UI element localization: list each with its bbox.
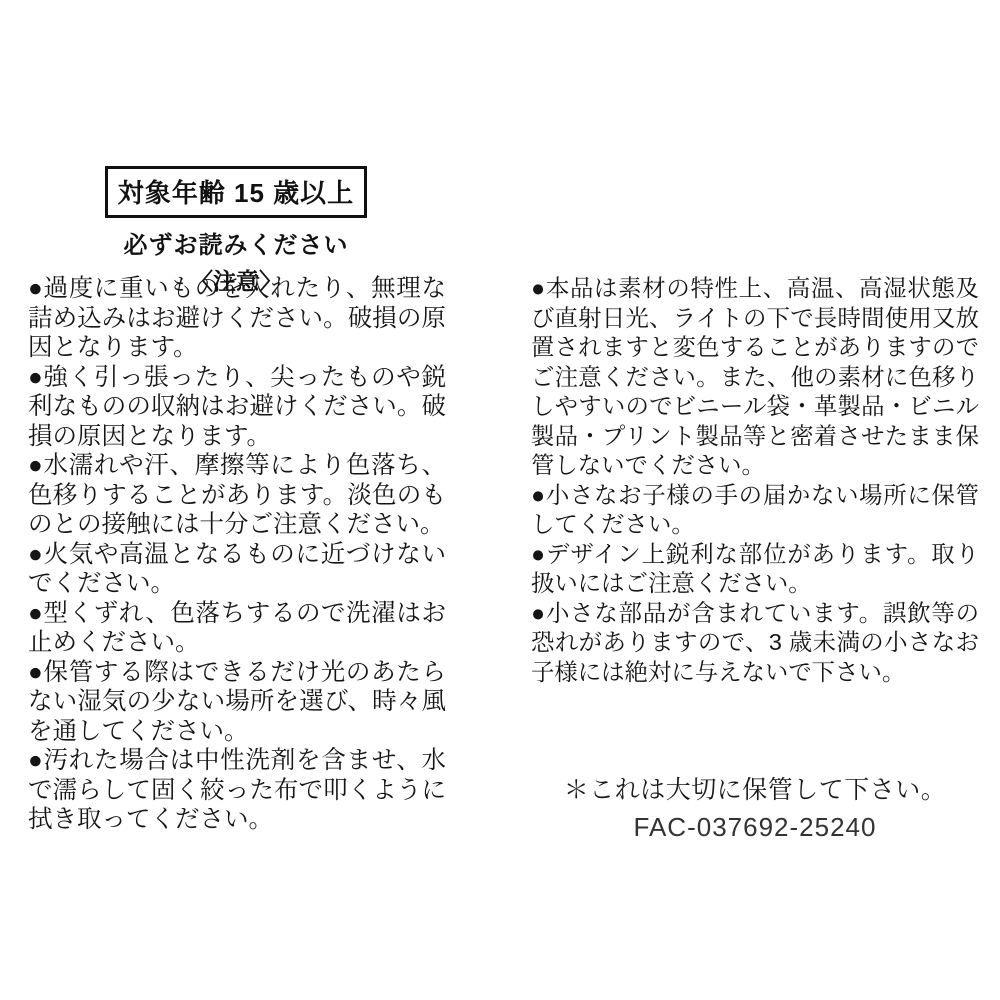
caution-item: ●デザイン上鋭利な部位があります。取り扱いにはご注意ください。 — [531, 540, 979, 599]
label-footer: ＊これは大切に保管して下さい。 FAC-037692-25240 — [531, 770, 979, 843]
caution-label-sheet: 対象年齢 15 歳以上 必ずお読みください 〈注意〉 ●過度に重いものを入れたり… — [0, 0, 1000, 1000]
product-code: FAC-037692-25240 — [531, 812, 979, 843]
caution-item: ●小さなお子様の手の届かない場所に保管してください。 — [531, 481, 979, 540]
read-instruction: 必ずお読みください — [105, 225, 367, 260]
caution-list-right: ●本品は素材の特性上、高温、高湿状態及び直射日光、ライトの下で長時間使用又放置さ… — [531, 274, 979, 687]
age-restriction-box: 対象年齢 15 歳以上 — [105, 166, 367, 218]
keep-safe-note: ＊これは大切に保管して下さい。 — [531, 770, 979, 806]
caution-item: ●型くずれ、色落ちするので洗濯はお止めください。 — [28, 599, 446, 658]
caution-list-left: ●過度に重いものを入れたり、無理な詰め込みはお避けください。破損の原因となります… — [28, 274, 446, 835]
caution-item: ●小さな部品が含まれています。誤飲等の恐れがありますので、3 歳未満の小さなお子… — [531, 599, 979, 688]
caution-item: ●過度に重いものを入れたり、無理な詰め込みはお避けください。破損の原因となります… — [28, 274, 446, 363]
caution-item: ●本品は素材の特性上、高温、高湿状態及び直射日光、ライトの下で長時間使用又放置さ… — [531, 274, 979, 481]
caution-item: ●汚れた場合は中性洗剤を含ませ、水で濡らして固く絞った布で叩くように拭き取ってく… — [28, 746, 446, 835]
caution-item: ●強く引っ張ったり、尖ったものや鋭利なものの収納はお避けください。破損の原因とな… — [28, 363, 446, 452]
caution-item: ●水濡れや汗、摩擦等により色落ち、色移りすることがあります。淡色のものとの接触に… — [28, 451, 446, 540]
caution-item: ●保管する際はできるだけ光のあたらない湿気の少ない場所を選び、時々風を通してくだ… — [28, 658, 446, 747]
caution-item: ●火気や高温となるものに近づけないでください。 — [28, 540, 446, 599]
